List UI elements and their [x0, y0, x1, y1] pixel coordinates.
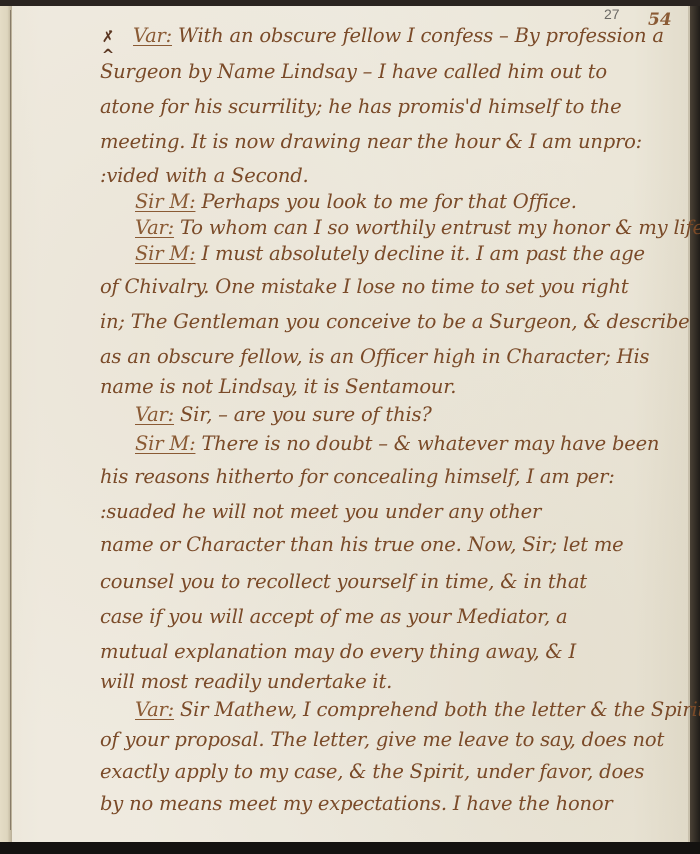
line-text: in; The Gentleman you conceive to be a S… — [100, 310, 689, 333]
binding-edge-line — [10, 10, 11, 830]
manuscript-line: Var: To whom can I so worthily entrust m… — [135, 216, 700, 239]
line-text: case if you will accept of me as your Me… — [100, 605, 567, 628]
manuscript-line: :suaded he will not meet you under any o… — [100, 500, 690, 523]
line-text: of Chivalry. One mistake I lose no time … — [100, 275, 628, 298]
manuscript-line: Surgeon by Name Lindsay – I have called … — [100, 60, 690, 83]
line-text: Sir, – are you sure of this? — [174, 403, 432, 426]
manuscript-line: case if you will accept of me as your Me… — [100, 605, 690, 628]
line-text: counsel you to recollect yourself in tim… — [100, 570, 587, 593]
line-text: Surgeon by Name Lindsay – I have called … — [100, 60, 607, 83]
manuscript-line: as an obscure fellow, is an Officer high… — [100, 345, 690, 368]
manuscript-line: Sir M: I must absolutely decline it. I a… — [135, 242, 700, 265]
line-text: by no means meet my expectations. I have… — [100, 792, 613, 815]
line-text: :suaded he will not meet you under any o… — [100, 500, 541, 523]
line-text: mutual explanation may do every thing aw… — [100, 640, 576, 663]
manuscript-line: name or Character than his true one. Now… — [100, 533, 690, 556]
speaker-label: Var: — [135, 403, 174, 426]
manuscript-line: Var: Sir Mathew, I comprehend both the l… — [135, 698, 700, 721]
manuscript-line: Var: With an obscure fellow I confess – … — [133, 24, 700, 47]
manuscript-line: counsel you to recollect yourself in tim… — [100, 570, 690, 593]
manuscript-line: mutual explanation may do every thing aw… — [100, 640, 690, 663]
line-text: will most readily undertake it. — [100, 670, 392, 693]
line-text: To whom can I so worthily entrust my hon… — [174, 216, 700, 239]
manuscript-scan: 27 54 ✗̇ ^ Var: With an obscure fellow I… — [0, 0, 700, 854]
manuscript-line: in; The Gentleman you conceive to be a S… — [100, 310, 690, 333]
line-text: as an obscure fellow, is an Officer high… — [100, 345, 649, 368]
manuscript-line: :vided with a Second. — [100, 164, 690, 187]
manuscript-line: of Chivalry. One mistake I lose no time … — [100, 275, 690, 298]
line-text: atone for his scurrility; he has promis'… — [100, 95, 621, 118]
line-text: meeting. It is now drawing near the hour… — [100, 130, 642, 153]
speaker-label: Sir M: — [135, 242, 195, 265]
manuscript-line: will most readily undertake it. — [100, 670, 690, 693]
manuscript-line: by no means meet my expectations. I have… — [100, 792, 690, 815]
speaker-label: Sir M: — [135, 190, 195, 213]
line-text: of your proposal. The letter, give me le… — [100, 728, 664, 751]
manuscript-line: meeting. It is now drawing near the hour… — [100, 130, 690, 153]
line-text: There is no doubt – & whatever may have … — [195, 432, 659, 455]
line-text: With an obscure fellow I confess – By pr… — [172, 24, 664, 47]
manuscript-line: his reasons hitherto for concealing hims… — [100, 465, 690, 488]
manuscript-line: Var: Sir, – are you sure of this? — [135, 403, 700, 426]
line-text: name or Character than his true one. Now… — [100, 533, 624, 556]
folio-pencil-number: 27 — [604, 6, 620, 22]
line-text: his reasons hitherto for concealing hims… — [100, 465, 615, 488]
manuscript-line: atone for his scurrility; he has promis'… — [100, 95, 690, 118]
manuscript-line: name is not Lindsay, it is Sentamour. — [100, 375, 690, 398]
line-text: Perhaps you look to me for that Office. — [195, 190, 576, 213]
speaker-label: Var: — [135, 698, 174, 721]
speaker-label: Var: — [135, 216, 174, 239]
insertion-mark-top: ✗̇ — [96, 28, 120, 46]
manuscript-line: of your proposal. The letter, give me le… — [100, 728, 690, 751]
line-text: :vided with a Second. — [100, 164, 308, 187]
line-text: exactly apply to my case, & the Spirit, … — [100, 760, 644, 783]
manuscript-line: Sir M: There is no doubt – & whatever ma… — [135, 432, 700, 455]
scan-bottom-border — [0, 842, 700, 854]
manuscript-line: Sir M: Perhaps you look to me for that O… — [135, 190, 700, 213]
manuscript-line: exactly apply to my case, & the Spirit, … — [100, 760, 690, 783]
speaker-label: Var: — [133, 24, 172, 47]
line-text: Sir Mathew, I comprehend both the letter… — [174, 698, 700, 721]
line-text: name is not Lindsay, it is Sentamour. — [100, 375, 456, 398]
line-text: I must absolutely decline it. I am past … — [195, 242, 644, 265]
speaker-label: Sir M: — [135, 432, 195, 455]
